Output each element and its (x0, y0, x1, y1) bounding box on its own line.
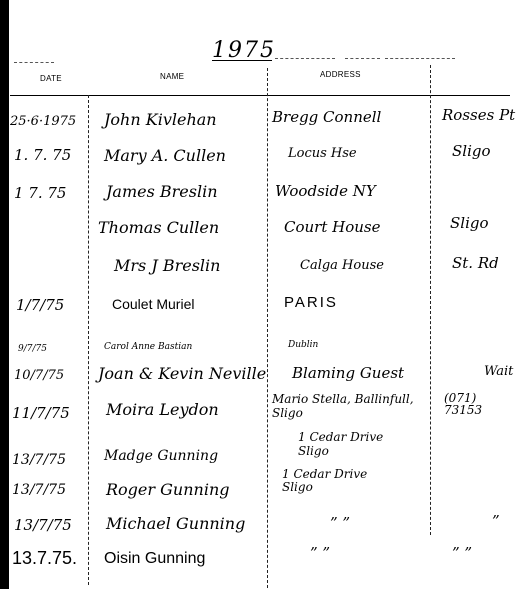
entry-address: ” ” (310, 544, 330, 562)
entry-date: 11/7/75 (12, 404, 70, 422)
entry-date: 13/7/75 (14, 516, 72, 534)
entry-name: Mary A. Cullen (104, 146, 226, 165)
entry-address: ” ” (330, 514, 350, 532)
entry-address: 1 Cedar Drive Sligo (298, 430, 408, 458)
entry-address: Blaming Guest (292, 364, 404, 382)
header-rule (385, 58, 455, 59)
entry-address: Woodside NY (275, 182, 376, 200)
entry-name: Roger Gunning (106, 480, 229, 499)
entry-address: Court House (284, 218, 380, 236)
entry-name: Thomas Cullen (98, 218, 219, 237)
entry-date: 13/7/75 (12, 452, 66, 468)
header-rule (275, 58, 335, 59)
entry-address: 1 Cedar Drive Sligo (282, 468, 392, 494)
entry-name: Oisin Gunning (104, 550, 205, 568)
entry-name: Madge Gunning (104, 448, 218, 464)
entry-date: 10/7/75 (14, 368, 64, 383)
entry-date: 13.7.75. (12, 548, 77, 569)
entry-extra: Sligo (450, 214, 489, 232)
entry-name: Michael Gunning (106, 514, 245, 533)
entry-date: 25·6·1975 (10, 114, 76, 129)
header-rule (345, 58, 380, 59)
column-header-date: DATE (40, 74, 62, 83)
column-header-name: NAME (160, 72, 184, 81)
entry-extra: ” ” (452, 544, 472, 562)
entry-date: 1. 7. 75 (14, 146, 71, 164)
entry-address: Locus Hse (288, 146, 357, 161)
scan-edge (0, 0, 9, 589)
column-divider-name (267, 68, 268, 588)
entry-name: Coulet Muriel (112, 296, 194, 312)
entry-address: Dublin (288, 340, 318, 350)
entry-date: 1/7/75 (16, 296, 64, 314)
year-underline (212, 60, 272, 61)
entry-name: Carol Anne Bastian (104, 342, 192, 352)
entry-address: PARIS (284, 294, 338, 311)
column-header-address: ADDRESS (320, 70, 361, 79)
entry-extra: Sligo (452, 142, 491, 160)
header-rule (14, 62, 54, 63)
entry-date: 9/7/75 (18, 344, 47, 354)
entry-name: James Breslin (106, 182, 218, 201)
entry-date: 1 7. 75 (14, 184, 66, 202)
entry-extra: St. Rd (452, 254, 499, 272)
entry-name: Mrs J Breslin (114, 256, 220, 275)
header-divider (10, 95, 510, 96)
entry-address: Mario Stella, Ballinfull, Sligo (272, 392, 428, 420)
entry-address: Calga House (300, 258, 384, 273)
column-divider-date (88, 95, 89, 585)
column-divider-address (430, 65, 431, 535)
entry-date: 13/7/75 (12, 482, 66, 498)
entry-name: Joan & Kevin Neville (98, 364, 266, 383)
entry-extra: ” (492, 512, 500, 530)
entry-name: John Kivlehan (104, 110, 217, 129)
entry-extra: Rosses Pt (442, 106, 515, 124)
entry-address: Bregg Connell (272, 108, 381, 126)
entry-extra: Wait (484, 364, 513, 379)
entry-extra: (071) 73153 (444, 392, 484, 416)
entry-name: Moira Leydon (106, 400, 219, 419)
